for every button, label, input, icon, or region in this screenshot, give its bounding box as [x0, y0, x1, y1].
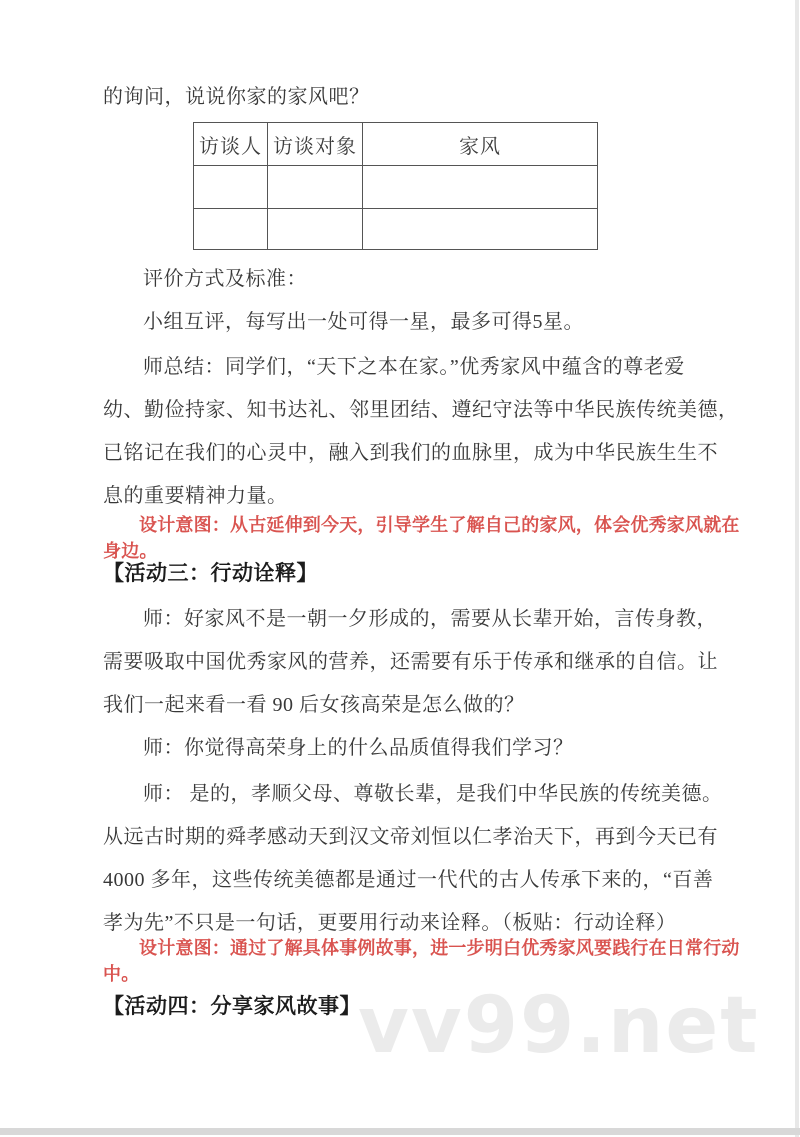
- paragraph-line: 师： 是的，孝顺父母、尊敬长辈，是我们中华民族的传统美德。: [103, 773, 707, 816]
- table-row: [194, 209, 598, 250]
- paragraph-line: 师：好家风不是一朝一夕形成的，需要从长辈开始，言传身教，: [103, 598, 707, 641]
- table-cell: [268, 209, 363, 250]
- page-edge-right: [795, 0, 799, 1137]
- activity3-paragraph-3: 师： 是的，孝顺父母、尊敬长辈，是我们中华民族的传统美德。 从远古时期的舜孝感动…: [103, 773, 707, 945]
- table-header-interviewer: 访谈人: [194, 123, 268, 166]
- table-header-family-tradition: 家风: [363, 123, 598, 166]
- document-page: 的询问，说说你家的家风吧？ 访谈人 访谈对象 家风 评价方式及标准：: [0, 0, 800, 1137]
- evaluation-title: 评价方式及标准：: [103, 258, 707, 301]
- activity3-heading-text: 【活动三：行动诠释】: [103, 556, 707, 590]
- page-edge-bottom: [0, 1128, 800, 1135]
- summary-line: 幼、勤俭持家、知书达礼、邻里团结、遵纪守法等中华民族传统美德，: [103, 389, 707, 432]
- paragraph-line: 师：你觉得高荣身上的什么品质值得我们学习？: [103, 727, 707, 770]
- design-note-line: 设计意图：从古延伸到今天，引导学生了解自己的家风，体会优秀家风就在: [103, 512, 707, 538]
- table-header-row: 访谈人 访谈对象 家风: [194, 123, 598, 166]
- design-note-line: 设计意图：通过了解具体事例故事，进一步明白优秀家风要践行在日常行动: [103, 935, 707, 961]
- table-cell: [194, 166, 268, 209]
- activity3-paragraph-1: 师：好家风不是一朝一夕形成的，需要从长辈开始，言传身教， 需要吸取中国优秀家风的…: [103, 598, 707, 727]
- paragraph-line: 从远古时期的舜孝感动天到汉文帝刘恒以仁孝治天下，再到今天已有: [103, 816, 707, 859]
- intro-line: 的询问，说说你家的家风吧？: [103, 84, 707, 110]
- document-body: 的询问，说说你家的家风吧？ 访谈人 访谈对象 家风 评价方式及标准：: [103, 0, 707, 1023]
- table-row: [194, 166, 598, 209]
- activity3-paragraph-2: 师：你觉得高荣身上的什么品质值得我们学习？: [103, 727, 707, 770]
- paragraph-line: 需要吸取中国优秀家风的营养，还需要有乐于传承和继承的自信。让: [103, 641, 707, 684]
- paragraph-line: 4000 多年，这些传统美德都是通过一代代的古人传承下来的，“百善: [103, 859, 707, 902]
- table-cell: [363, 209, 598, 250]
- table-header-interviewee: 访谈对象: [268, 123, 363, 166]
- teacher-summary-paragraph: 师总结：同学们，“天下之本在家。”优秀家风中蕴含的尊老爱 幼、勤俭持家、知书达礼…: [103, 346, 707, 518]
- summary-line: 师总结：同学们，“天下之本在家。”优秀家风中蕴含的尊老爱: [103, 346, 707, 389]
- table-cell: [363, 166, 598, 209]
- table-cell: [268, 166, 363, 209]
- summary-line: 已铭记在我们的心灵中，融入到我们的血脉里，成为中华民族生生不: [103, 432, 707, 475]
- evaluation-rule: 小组互评，每写出一处可得一星，最多可得5星。: [103, 301, 707, 344]
- design-intent-note-activity4: 设计意图：通过了解具体事例故事，进一步明白优秀家风要践行在日常行动 中。: [103, 935, 707, 987]
- interview-table: 访谈人 访谈对象 家风: [193, 122, 598, 250]
- watermark: vv99.net: [358, 981, 760, 1071]
- table-cell: [194, 209, 268, 250]
- activity3-heading: 【活动三：行动诠释】: [103, 556, 707, 590]
- intro-paragraph: 的询问，说说你家的家风吧？: [103, 0, 707, 110]
- evaluation-rule-paragraph: 小组互评，每写出一处可得一星，最多可得5星。: [103, 301, 707, 344]
- paragraph-line: 我们一起来看一看 90 后女孩高荣是怎么做的？: [103, 684, 707, 727]
- evaluation-title-paragraph: 评价方式及标准：: [103, 258, 707, 301]
